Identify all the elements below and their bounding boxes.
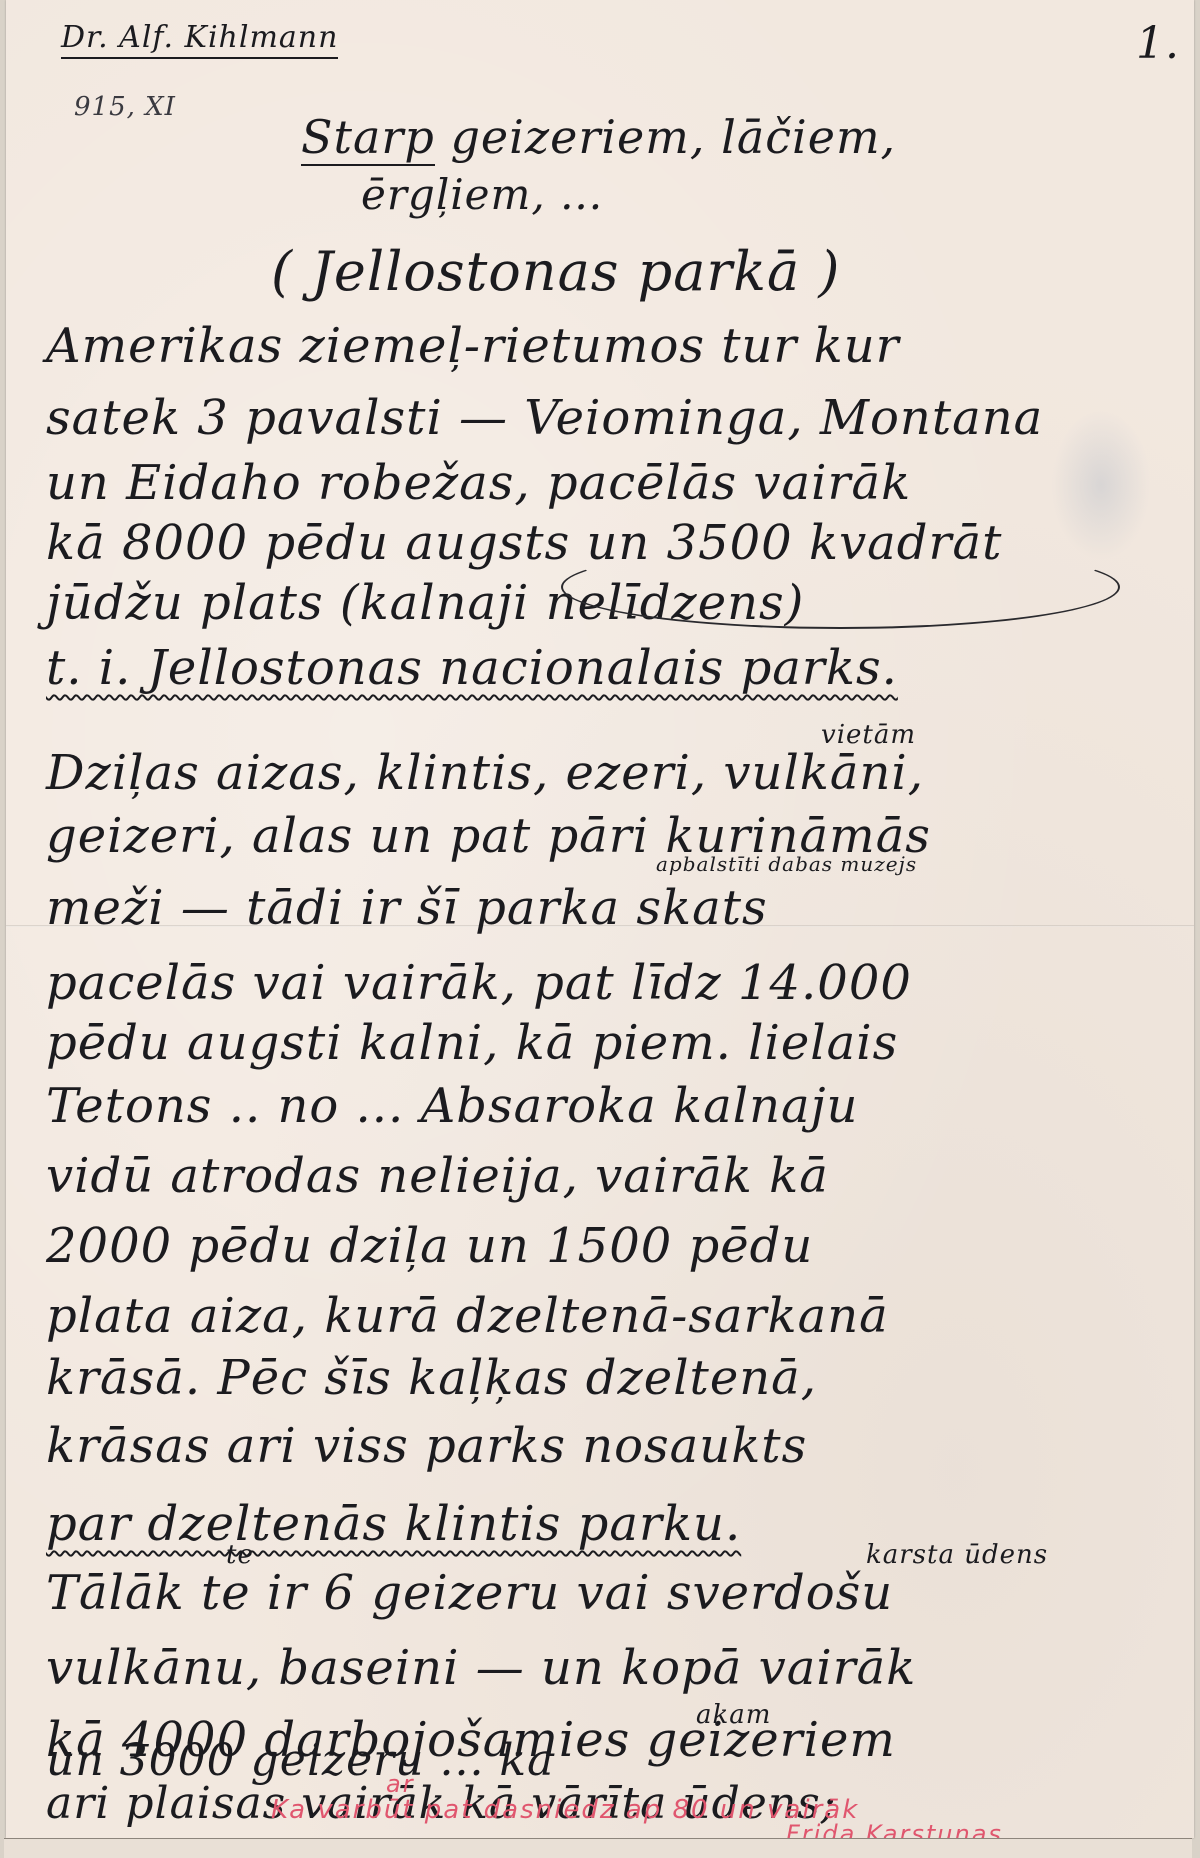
body-line: Tetons .. no ... Absaroka kalnaju xyxy=(46,1078,858,1134)
insertion-karsta-udens: karsta ūdens xyxy=(866,1540,1048,1570)
body-line: un Eidaho robežas, pacēlās vairāk xyxy=(46,455,911,511)
title-line-2: ērgļiem, ... xyxy=(361,170,603,219)
insertion-phrase: apbalstīti dabas muzejs xyxy=(656,852,917,876)
body-line: Dziļas aizas, klintis, ezeri, vulkāni, xyxy=(46,745,924,801)
title-underlined-word: Starp xyxy=(301,110,435,166)
body-line: t. i. Jellostonas nacionalais parks. xyxy=(46,640,898,696)
body-line: satek 3 pavalsti — Veiominga, Montana xyxy=(46,390,1043,446)
title-line-1: Starp geizeriem, lāčiem, xyxy=(301,110,896,164)
body-line: vidū atrodas nelieija, vairāk kā xyxy=(46,1148,829,1204)
insertion-akam: akam xyxy=(696,1700,771,1730)
ink-stain xyxy=(1051,410,1151,560)
body-line: Amerikas ziemeļ-rietumos tur kur xyxy=(46,318,900,374)
body-line: vulkānu, baseini — un kopā vairāk xyxy=(46,1640,916,1696)
title-line-1-rest: geizeriem, lāčiem, xyxy=(435,110,896,164)
underlying-sheet-edge xyxy=(4,1838,1192,1858)
date-note: 915, XI xyxy=(74,92,176,122)
body-line: 2000 pēdu dziļa un 1500 pēdu xyxy=(46,1218,813,1274)
body-line: Tālāk te ir 6 geizeru vai sverdošu xyxy=(46,1565,893,1621)
author-signature: Dr. Alf. Kihlmann xyxy=(61,20,338,59)
body-line: par dzeltenās klintis parku. xyxy=(46,1496,741,1552)
red-annotation-line-1: Ka varbūt pat dasniedz ap 80 un vairāk xyxy=(271,1795,859,1825)
manuscript-page: Dr. Alf. Kihlmann 1. 915, XI Starp geize… xyxy=(6,0,1194,1838)
body-line: pacelās vai vairāk, pat līdz 14.000 xyxy=(46,955,912,1011)
body-line: meži — tādi ir šī parka skats xyxy=(46,880,768,936)
red-insertion-ar: ar xyxy=(386,1770,415,1798)
circled-phrase-mark xyxy=(561,545,1120,629)
title-line-3: ( Jellostonas parkā ) xyxy=(271,240,840,303)
body-line: plata aiza, kurā dzeltenā-sarkanā xyxy=(46,1288,889,1344)
page-number: 1. xyxy=(1136,18,1180,69)
body-line: pēdu augsti kalni, kā piem. lielais xyxy=(46,1015,898,1071)
body-line: krāsas ari viss parks nosaukts xyxy=(46,1418,807,1474)
body-line: krāsā. Pēc šīs kaļķas dzeltenā, xyxy=(46,1350,817,1406)
